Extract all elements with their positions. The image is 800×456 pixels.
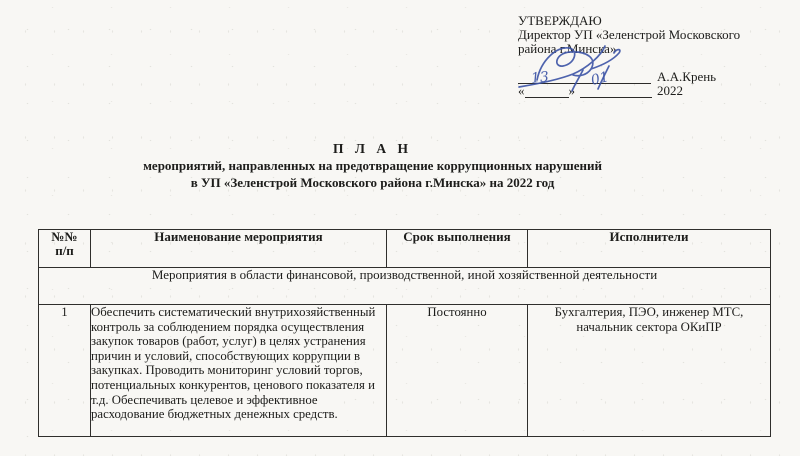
plan-table: №№ п/п Наименование мероприятия Срок вып… bbox=[38, 229, 771, 437]
year-label: 2022 bbox=[657, 84, 683, 98]
section-title: Мероприятия в области финансовой, произв… bbox=[39, 268, 771, 305]
header-number-line2: п/п bbox=[39, 244, 90, 258]
title-word-plan: П Л А Н bbox=[0, 140, 745, 157]
header-executors: Исполнители bbox=[528, 230, 771, 268]
scanned-document-page: УТВЕРЖДАЮ Директор УП «Зеленстрой Москов… bbox=[0, 0, 800, 456]
title-line2: мероприятий, направленных на предотвраще… bbox=[0, 157, 745, 174]
table-header-row: №№ п/п Наименование мероприятия Срок вып… bbox=[39, 230, 771, 268]
handwritten-day: 13 bbox=[530, 69, 549, 87]
row-term: Постоянно bbox=[387, 305, 528, 437]
month-line bbox=[580, 85, 652, 98]
signature-row: А.А.Крень bbox=[518, 56, 784, 84]
approval-word: УТВЕРЖДАЮ bbox=[518, 14, 784, 28]
table-row: 1 Обеспечить систематический внутрихозяй… bbox=[39, 305, 771, 437]
approval-block: УТВЕРЖДАЮ Директор УП «Зеленстрой Москов… bbox=[518, 14, 784, 98]
row-number: 1 bbox=[39, 305, 91, 437]
date-row: « » 2022 bbox=[518, 84, 784, 98]
row-activity: Обеспечить систематический внутрихозяйст… bbox=[91, 305, 387, 437]
close-quote: » bbox=[569, 84, 576, 98]
document-title: П Л А Н мероприятий, направленных на пре… bbox=[0, 140, 745, 191]
section-row: Мероприятия в области финансовой, произв… bbox=[39, 268, 771, 305]
header-activity: Наименование мероприятия bbox=[91, 230, 387, 268]
approver-position-line2: района г.Минска» bbox=[518, 42, 784, 56]
header-number: №№ п/п bbox=[39, 230, 91, 268]
signer-name: А.А.Крень bbox=[657, 70, 716, 84]
header-term: Срок выполнения bbox=[387, 230, 528, 268]
header-number-line1: №№ bbox=[39, 230, 90, 244]
row-executors: Бухгалтерия, ПЭО, инженер МТС, начальник… bbox=[528, 305, 771, 437]
approver-position-line1: Директор УП «Зеленстрой Московского bbox=[518, 28, 784, 42]
title-line3: в УП «Зеленстрой Московского района г.Ми… bbox=[0, 174, 745, 191]
